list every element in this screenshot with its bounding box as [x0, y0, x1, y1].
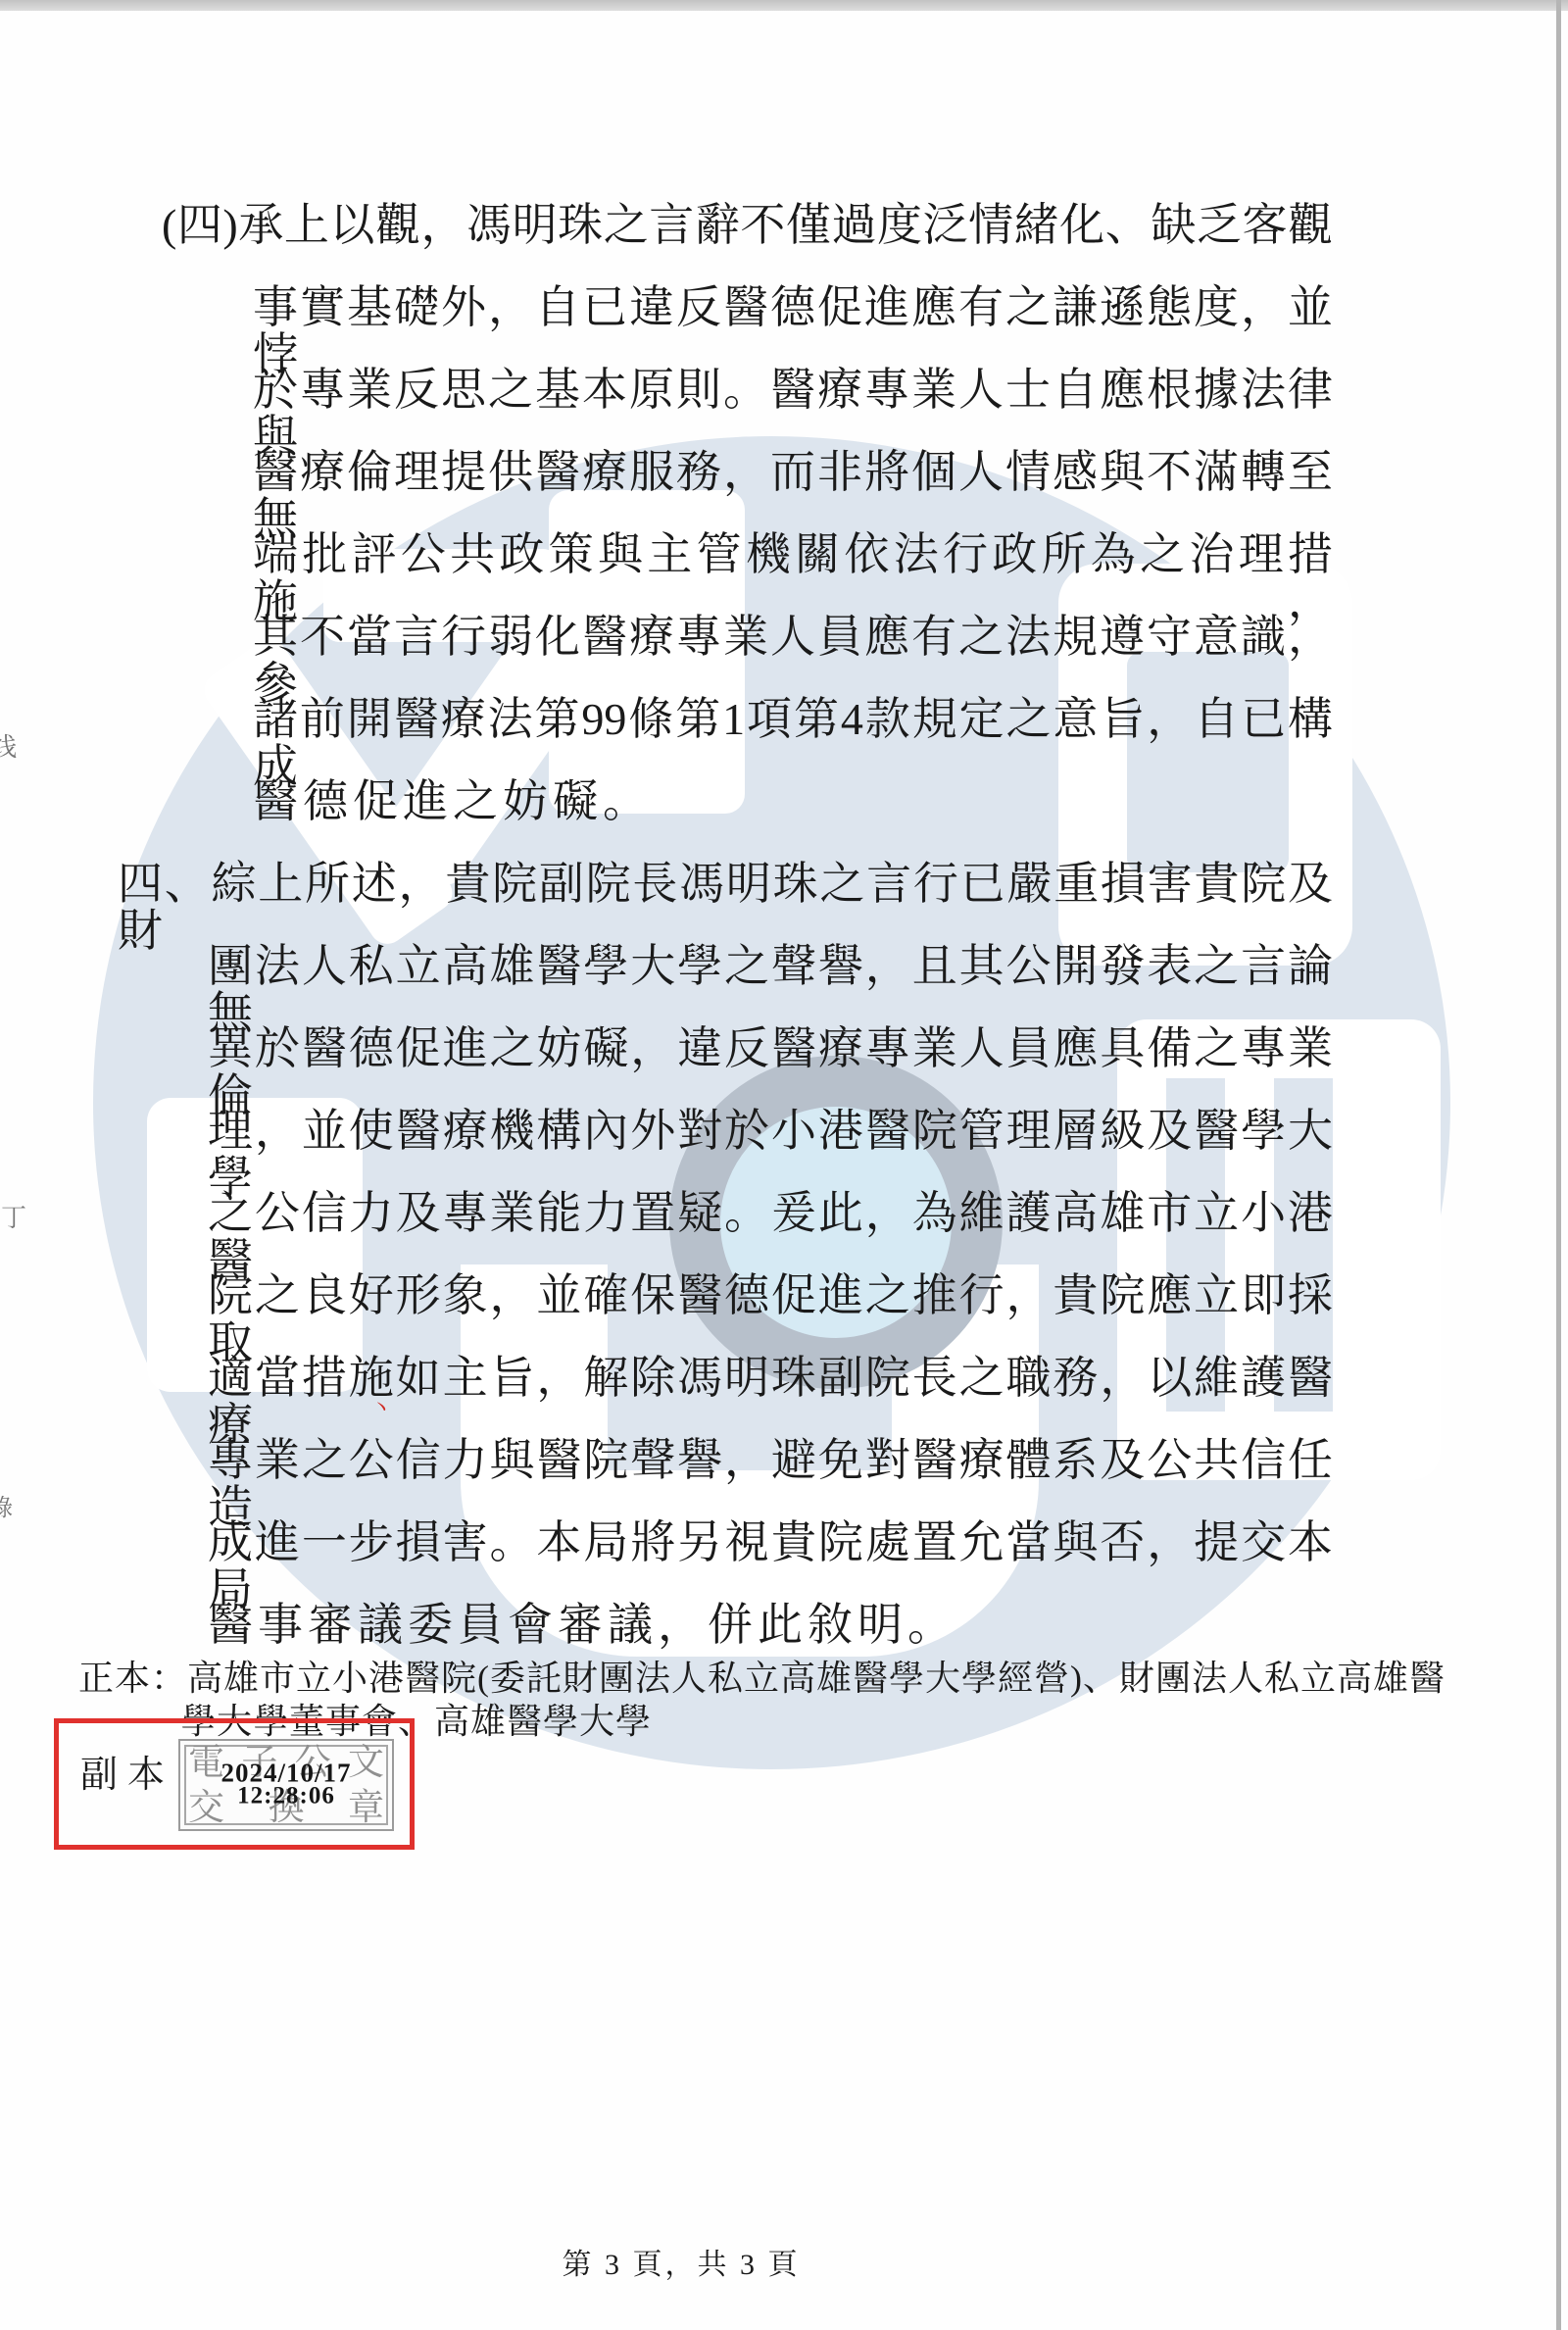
text-line: (四)承上以觀，馮明珠之言辭不僅過度泛情緒化、缺乏客觀 [162, 202, 1333, 249]
scan-right-edge [1556, 0, 1561, 2330]
original-recipients-line: 正本：高雄市立小港醫院(委託財團法人私立高雄醫學大學經營)、財團法人私立高雄醫 [78, 1661, 1445, 1698]
red-annotation-mark: 丶 [370, 1392, 392, 1422]
text-line: 醫德促進之妨礙。 [253, 778, 653, 825]
edge-artifact: 线 [0, 727, 17, 764]
text-line: 醫事審議委員會審議，併此敘明。 [208, 1602, 957, 1649]
scan-top-edge [0, 0, 1568, 11]
page-number-footer: 第 3 頁，共 3 頁 [0, 2240, 1362, 2283]
highlight-red-box [54, 1718, 415, 1850]
edge-artifact: 綠 [0, 1488, 13, 1522]
scanned-document-page: 线 丁 綠 (四)承上以觀，馮明珠之言辭不僅過度泛情緒化、缺乏客觀 事實基礎外，… [0, 0, 1568, 2330]
edge-artifact: 丁 [1, 1198, 26, 1234]
